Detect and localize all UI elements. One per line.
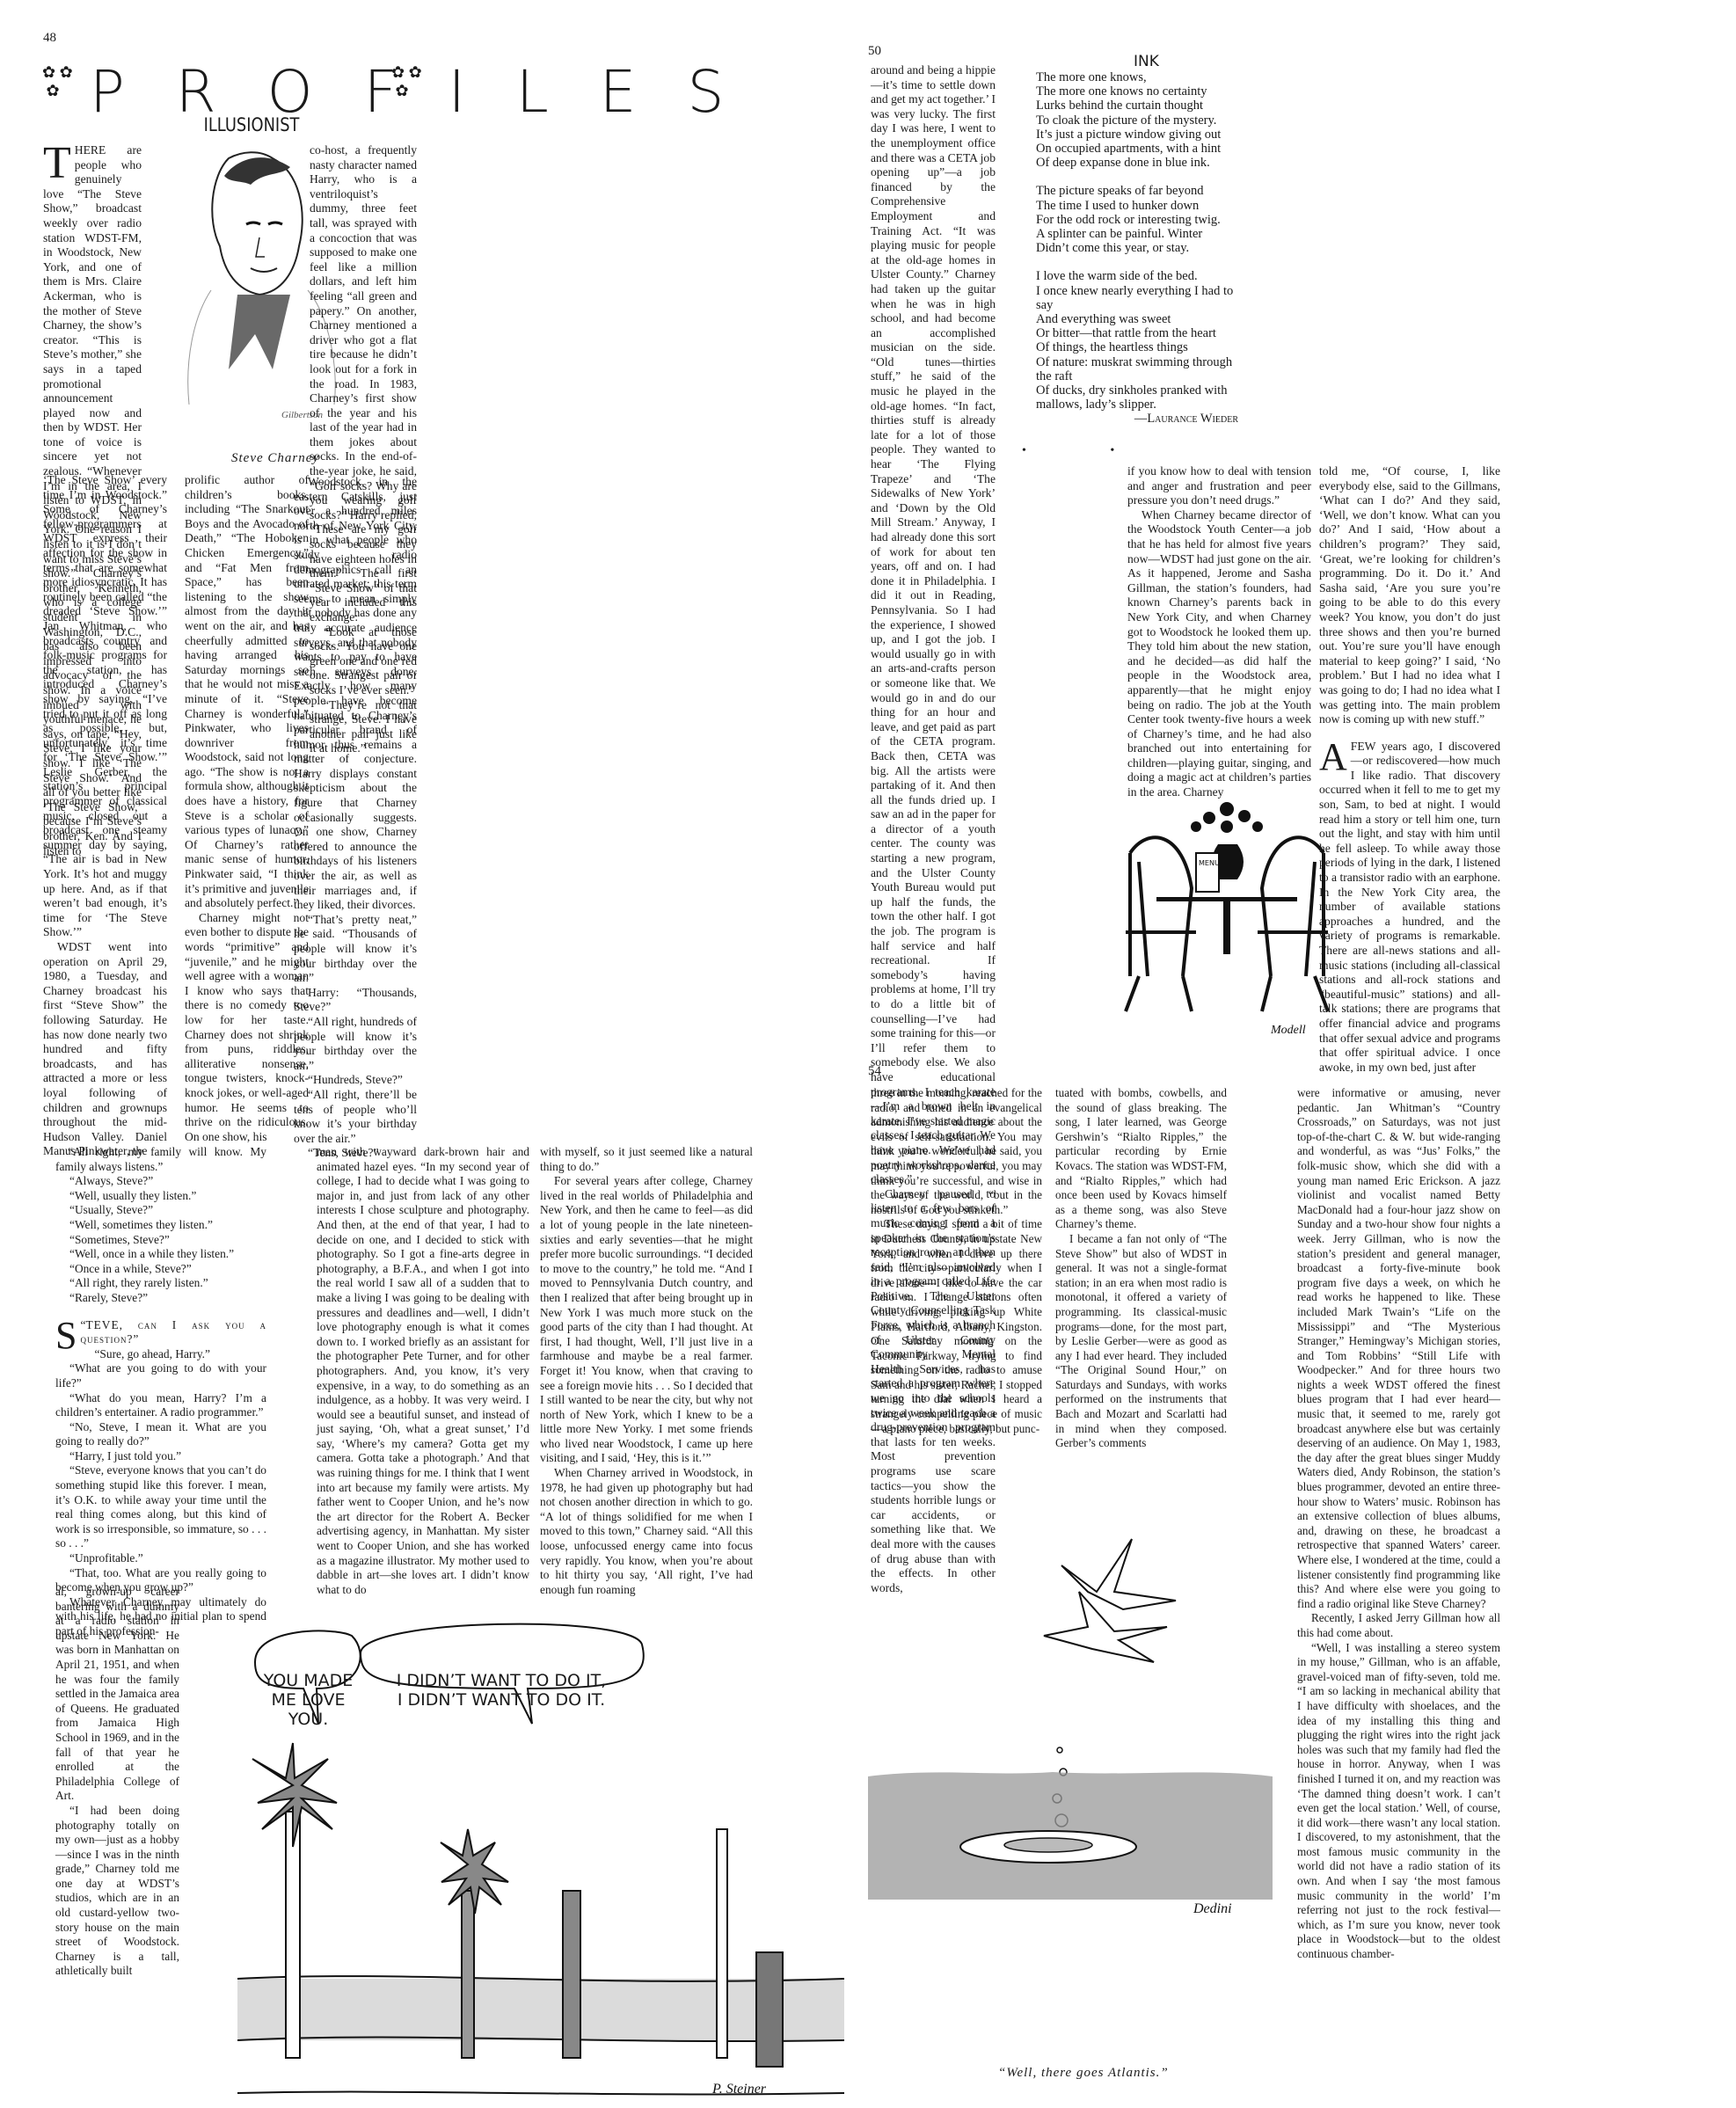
- section-title: PROFILES: [90, 58, 775, 126]
- dialogue-line: “Well, sometimes they listen.”: [55, 1218, 266, 1233]
- page-bottom-left: “All right, my family will know. My fami…: [0, 1064, 868, 2108]
- dialogue-line: “All right, my family will know. My fami…: [55, 1145, 266, 1174]
- paragraph: if you know how to deal with tension and…: [1127, 464, 1311, 508]
- article-column-2: prolific author of children’s books, inc…: [185, 473, 309, 1144]
- paragraph: “STEVE, can I ask you a question?”: [55, 1318, 266, 1347]
- dialogue-line: “Sure, go ahead, Harry.”: [55, 1347, 266, 1362]
- poem: The more one knows,The more one knows no…: [1036, 70, 1238, 427]
- drop-cap: A: [1319, 741, 1347, 773]
- cafe-chairs-illustration: MENU Modell: [1121, 791, 1332, 1047]
- drop-cap: T: [43, 145, 71, 182]
- poem-stanza: The picture speaks of far beyondThe time…: [1036, 184, 1238, 255]
- cartoon-caption: “Well, there goes Atlantis.”: [998, 2066, 1169, 2081]
- dialogue-line: “Usually, Steve?”: [55, 1203, 266, 1218]
- dialogue-line: “Well, once in a while they listen.”: [55, 1247, 266, 1262]
- article-column-3: told me, “Of course, I, like everybody e…: [1319, 464, 1500, 1075]
- portrait-caption: Steve Charney: [231, 451, 319, 466]
- article-column-3: were informative or amusing, never pedan…: [1297, 1086, 1500, 1962]
- dialogue-line: “What do you mean, Harry? I’m a children…: [55, 1391, 266, 1420]
- ornament-right-icon: ✿ ✿ ✿: [391, 63, 422, 100]
- dialogue-line: “Always, Steve?”: [55, 1174, 266, 1189]
- article-column-3: with myself, so it just seemed like a na…: [540, 1145, 753, 1597]
- paragraph: “I had been doing photography totally on…: [55, 1804, 179, 1979]
- dialogue-line: “No, Steve, I mean it. What are you goin…: [55, 1420, 266, 1449]
- article-column-1: three in the morning, reached for the ra…: [871, 1086, 1042, 1436]
- paragraph: When Charney arrived in Woodstock, in 19…: [540, 1466, 753, 1597]
- dialogue-line: “Harry, I just told you.”: [55, 1449, 266, 1464]
- speech-bubble-right: I DIDN’T WANT TO DO IT, I DIDN’T WANT TO…: [369, 1671, 633, 1710]
- poem-stanza: I love the warm side of the bed.I once k…: [1036, 269, 1238, 412]
- page-number: 54: [868, 1064, 881, 1079]
- paragraph: Woodstock, in the eastern Catskills, jus…: [294, 475, 417, 913]
- dialogue-line: “Once in a while, Steve?”: [55, 1262, 266, 1277]
- dialogue-line: “Rarely, Steve?”: [55, 1291, 266, 1306]
- paragraph: These days, I spend a bit of time in Dut…: [871, 1217, 1042, 1436]
- paragraph: three in the morning, reached for the ra…: [871, 1086, 1042, 1217]
- ornament-left-icon: ✿ ✿ ✿: [42, 63, 73, 100]
- page-number: 50: [868, 44, 881, 59]
- paragraph: I became a fan not only of “The Steve Sh…: [1055, 1232, 1227, 1451]
- dialogue-line: “Steve, everyone knows that you can’t do…: [55, 1463, 266, 1551]
- paragraph: When Charney became director of the Wood…: [1127, 508, 1311, 800]
- page-50: 50 around and being a hippie—it’s time t…: [868, 0, 1736, 1064]
- paragraph: man with wayward dark-brown hair and ani…: [317, 1145, 529, 1597]
- paragraph: For several years after college, Charney…: [540, 1174, 753, 1466]
- paragraph: “Well, I was installing a stereo system …: [1297, 1641, 1500, 1962]
- paragraph: tuated with bombs, cowbells, and the sou…: [1055, 1086, 1227, 1232]
- paragraph: AFEW years ago, I discovered—or rediscov…: [1319, 740, 1500, 1076]
- cartoon-signature: Dedini: [1193, 1901, 1232, 1916]
- dialogue-column: “All right, my family will know. My fami…: [55, 1145, 266, 1639]
- page-number: 48: [43, 31, 56, 46]
- paragraph: Recently, I asked Jerry Gillman how all …: [1297, 1611, 1500, 1640]
- poem-byline: —Laurance Wieder: [1036, 412, 1238, 426]
- paragraph: told me, “Of course, I, like everybody e…: [1319, 464, 1500, 727]
- page-54: 54 three in the morning, reached for the…: [868, 1064, 1736, 2108]
- paragraph: with myself, so it just seemed like a na…: [540, 1145, 753, 1174]
- article-column-2: man with wayward dark-brown hair and ani…: [317, 1145, 529, 1597]
- dialogue-line: “All right, they rarely listen.”: [55, 1276, 266, 1291]
- article-column-2: if you know how to deal with tension and…: [1127, 464, 1311, 800]
- dialogue-line: “Unprofitable.”: [55, 1551, 266, 1566]
- menu-label: MENU: [1199, 859, 1220, 867]
- narrow-column: al, grown-up career bantering with a dum…: [55, 1585, 179, 1979]
- paragraph: prolific author of children’s books, inc…: [185, 473, 309, 911]
- poem-title: INK: [1134, 53, 1159, 70]
- illustration-signature: Modell: [1270, 1024, 1306, 1037]
- paragraph: ‘The Steve Show’ every time I’m in Woods…: [43, 473, 167, 940]
- drop-cap: S: [55, 1320, 77, 1352]
- cartoon-signature: P. Steiner: [711, 2082, 767, 2097]
- poem-stanza: The more one knows,The more one knows no…: [1036, 70, 1238, 170]
- atlantis-cartoon: Dedini: [868, 1521, 1273, 2049]
- dialogue-line: “Well, usually they listen.”: [55, 1189, 266, 1204]
- article-column-1-bottom: ‘The Steve Show’ every time I’m in Woods…: [43, 473, 167, 1159]
- dialogue-line: “What are you going to do with your life…: [55, 1361, 266, 1390]
- dialogue-line: Harry: “Thousands, Steve?”: [294, 986, 417, 1015]
- paragraph: al, grown-up career bantering with a dum…: [55, 1585, 179, 1804]
- dialogue-line: “Sometimes, Steve?”: [55, 1233, 266, 1248]
- section-separator: • •: [1022, 444, 1155, 458]
- paragraph: were informative or amusing, never pedan…: [1297, 1086, 1500, 1611]
- article-column-2: tuated with bombs, cowbells, and the sou…: [1055, 1086, 1227, 1451]
- article-column-3-bottom: Woodstock, in the eastern Catskills, jus…: [294, 475, 417, 1161]
- page-48: 48 ✿ ✿ ✿ PROFILES ✿ ✿ ✿ ILLUSIONIST THER…: [0, 0, 868, 1064]
- speech-bubble-left: YOU MADE ME LOVE YOU.: [262, 1671, 354, 1729]
- paragraph: around and being a hippie—it’s time to s…: [871, 63, 996, 1187]
- dialogue-line: “That’s pretty neat,” he said. “Thousand…: [294, 913, 417, 986]
- article-title: ILLUSIONIST: [204, 114, 300, 135]
